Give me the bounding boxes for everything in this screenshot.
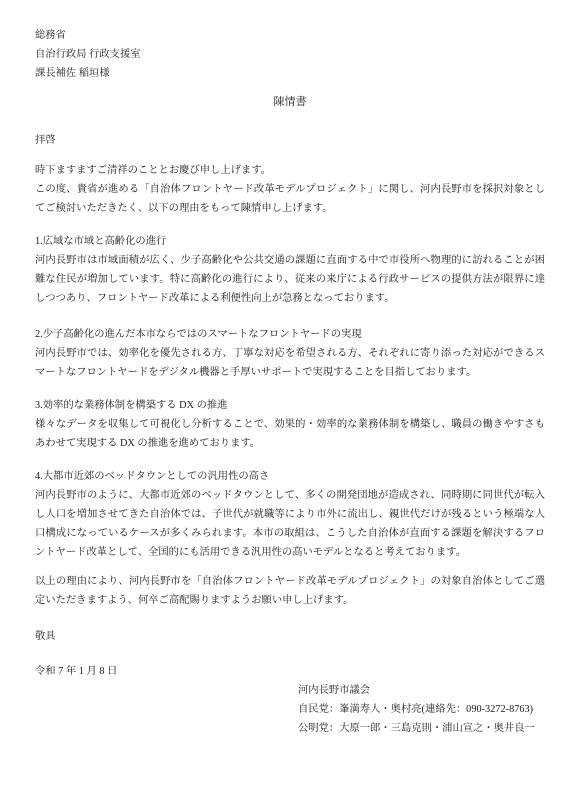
section-2-body: 河内長野市では、効率化を優先される方、丁寧な対応を希望される方、それぞれに寄り添… — [35, 344, 545, 382]
section-3-body: 様々なデータを収集して可視化し分析することで、効果的・効率的な業務体制を構築し、… — [35, 415, 545, 453]
recipient-ministry: 総務省 — [35, 26, 545, 45]
section-1-body: 河内長野市は市域面積が広く、少子高齢化や公共交通の課題に直面する中で市役所へ物理… — [35, 251, 545, 308]
document-title: 陳情書 — [35, 93, 545, 112]
section-3: 3.効率的な業務体制を構築する DX の推進 様々なデータを収集して可視化し分析… — [35, 396, 545, 453]
section-1: 1.広域な市域と高齢化の進行 河内長野市は市域面積が広く、少子高齢化や公共交通の… — [35, 232, 545, 308]
recipient-block: 総務省 自治行政局 行政支援室 課長補佐 稲垣様 — [35, 26, 545, 83]
section-4-heading: 4.大都市近郊のベッドタウンとしての汎用性の高さ — [35, 467, 545, 486]
section-3-heading: 3.効率的な業務体制を構築する DX の推進 — [35, 396, 545, 415]
signature-ldp-members: 自民党：峯満寿人・奥村亮(連絡先：090-3272-8763) — [298, 700, 545, 719]
document-date: 令和 7 年 1 月 8 日 — [35, 662, 545, 681]
intro-block: 時下ますますご清祥のこととお慶び申し上げます。 この度、貴省が進める「自治体フロ… — [35, 161, 545, 218]
section-4: 4.大都市近郊のベッドタウンとしての汎用性の高さ 河内長野市のように、大都市近郊… — [35, 467, 545, 562]
intro-purpose-paragraph: この度、貴省が進める「自治体フロントヤード改革モデルプロジェクト」に関し、河内長… — [35, 180, 545, 218]
recipient-bureau: 自治行政局 行政支援室 — [35, 45, 545, 64]
salutation: 拝啓 — [35, 131, 545, 150]
recipient-person: 課長補佐 稲垣様 — [35, 64, 545, 83]
intro-greeting-line: 時下ますますご清祥のこととお慶び申し上げます。 — [35, 161, 545, 180]
section-2-heading: 2.少子高齢化の進んだ本市ならではのスマートなフロントヤードの実現 — [35, 325, 545, 344]
signature-organization: 河内長野市議会 — [298, 681, 545, 700]
closing-paragraph: 以上の理由により、河内長野市を「自治体フロントヤード改革モデルプロジェクト」の対… — [35, 572, 545, 610]
signature-block: 河内長野市議会 自民党：峯満寿人・奥村亮(連絡先：090-3272-8763) … — [298, 681, 545, 738]
section-2: 2.少子高齢化の進んだ本市ならではのスマートなフロントヤードの実現 河内長野市で… — [35, 325, 545, 382]
signature-komeito-members: 公明党：大原一郎・三島克則・浦山宣之・奥井良一 — [298, 719, 545, 738]
section-4-body: 河内長野市のように、大都市近郊のベッドタウンとして、多くの開発団地が造成され、同… — [35, 486, 545, 562]
sign-off: 敬具 — [35, 627, 545, 646]
section-1-heading: 1.広域な市域と高齢化の進行 — [35, 232, 545, 251]
petition-document-page: 総務省 自治行政局 行政支援室 課長補佐 稲垣様 陳情書 拝啓 時下ますますご清… — [0, 0, 580, 800]
